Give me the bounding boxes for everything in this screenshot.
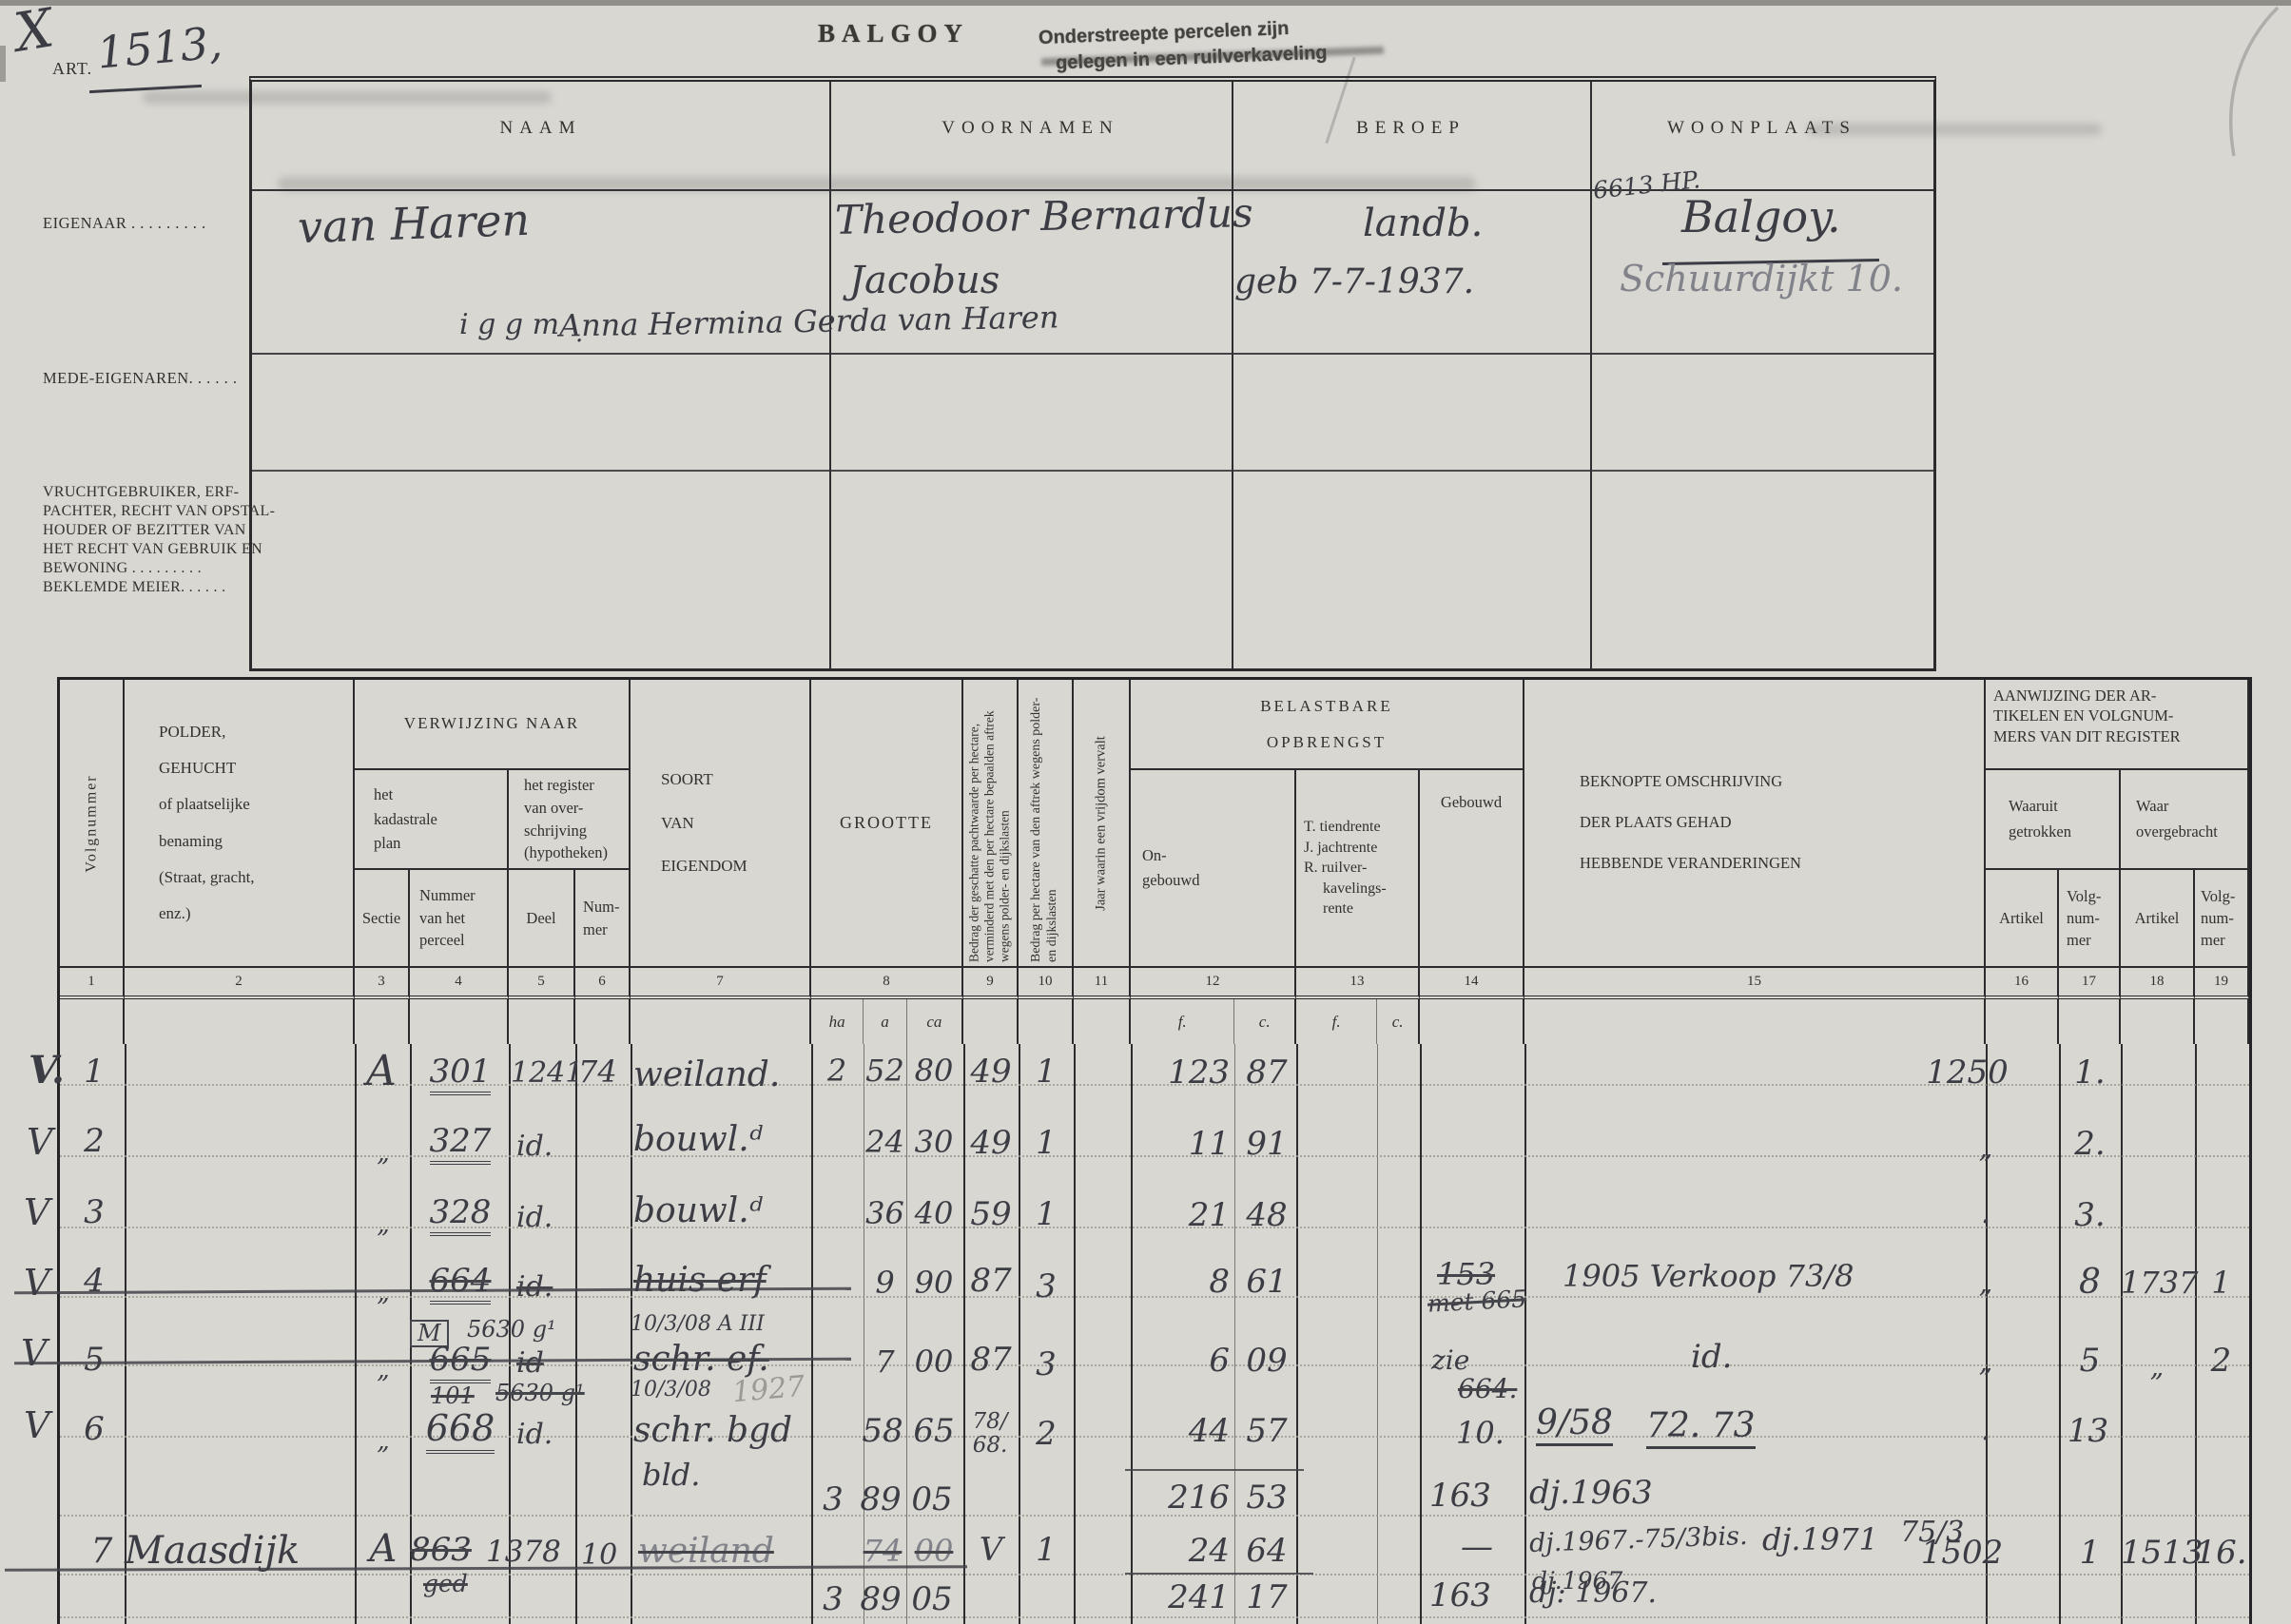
r1-volgnr-uit: 1. — [2059, 1056, 2121, 1091]
r7-ongebouwd-c: 64 — [1239, 1535, 1294, 1569]
header-artikel-uit: Artikel — [1986, 870, 2059, 968]
col-number: 19 — [2195, 968, 2249, 999]
margin-check-r6: V — [24, 1407, 49, 1445]
unit-cell — [1420, 999, 1524, 1044]
r4-deel: id. — [516, 1272, 553, 1303]
sum1-ongebouwd-c: 53 — [1239, 1481, 1294, 1516]
r7-nummer: 10 — [581, 1540, 617, 1571]
owner-column-line — [1590, 82, 1592, 668]
r3-sectie: „ — [357, 1212, 410, 1238]
header-gebouwd: Gebouwd — [1420, 770, 1524, 968]
unit-cell — [963, 999, 1019, 1044]
header-kadastrale-plan: het kadastrale plan — [355, 770, 509, 870]
header-belastbare: BELASTBARE OPBRENGST — [1131, 680, 1524, 770]
r5-artikel-naar: „ — [2133, 1353, 2181, 1381]
r7-volgnr-naar: 16. — [2195, 1537, 2247, 1571]
header-vrijdom: Jaar waarin een vrijdom vervalt — [1074, 680, 1131, 968]
r6-omschrijving-2: 72. 73 — [1646, 1408, 1756, 1444]
col-number: 15 — [1524, 968, 1986, 999]
r6-ongebouwd-c: 57 — [1239, 1415, 1294, 1449]
r5-ongebouwd-f: 6 — [1131, 1344, 1230, 1379]
r7-perceel-ged: ged — [423, 1572, 468, 1596]
header-waar: Waar overgebracht — [2121, 770, 2249, 870]
col-number: 17 — [2059, 968, 2121, 999]
sum1-omschrijving: dj.1963 — [1529, 1477, 1653, 1511]
r6-pachtwaarde: 78/ 68. — [963, 1410, 1017, 1459]
r2-grootte-a: 24 — [864, 1127, 906, 1159]
unit-cell — [410, 999, 509, 1044]
r7-pachtwaarde: V — [965, 1534, 1017, 1568]
r4-artikel-uit: „ — [1962, 1269, 2009, 1297]
r3-perceel: 328 — [414, 1196, 507, 1230]
margin-check-r2: V — [27, 1124, 52, 1162]
r6-artikel-uit: . — [1962, 1413, 2009, 1447]
unit-a: a — [864, 999, 906, 1044]
header-vrijdom-text: Jaar waarin een vrijdom vervalt — [1091, 736, 1111, 911]
col-number: 7 — [631, 968, 811, 999]
r2-volgnr-uit: 2. — [2059, 1128, 2121, 1162]
r5-omschrijving: id. — [1691, 1341, 1732, 1375]
margin-check-r3: V — [24, 1194, 49, 1232]
r6-soort-2: bld. — [642, 1460, 700, 1492]
r7-gebouwd-dash: — — [1448, 1531, 1505, 1565]
r5-ongebouwd-c: 09 — [1239, 1344, 1294, 1379]
sum1-grootte-a: 89 — [857, 1483, 904, 1518]
header-ongebouwd: On- gebouwd — [1131, 770, 1296, 968]
owner-column-line — [1232, 82, 1233, 668]
column-rule — [1524, 1044, 1526, 1624]
col-number: 5 — [509, 968, 575, 999]
unit-c: c. — [1234, 999, 1294, 1044]
r4-soort: huis erf — [633, 1263, 767, 1299]
r7-deel: 1378 — [486, 1537, 561, 1568]
col-number: 9 — [963, 968, 1019, 999]
unit-cell — [575, 999, 631, 1044]
r7-grootte-ca: 00 — [906, 1536, 961, 1568]
header-polder: POLDER, GEHUCHT of plaatselijke benaming… — [125, 680, 355, 968]
sum2-grootte-a: 89 — [857, 1583, 904, 1617]
r4-note-datum: 10/3/08 A III — [631, 1313, 765, 1335]
r5-soort: schr. ef. — [633, 1342, 769, 1378]
r7-omschrijving-1: dj.1967.-75/3bis. — [1529, 1523, 1749, 1557]
r7-artikel-naar: 1513 — [2121, 1537, 2195, 1571]
sum-rule — [1125, 1573, 1313, 1575]
r3-aftrek: 1 — [1020, 1198, 1072, 1232]
header-nummer: Num- mer — [575, 870, 631, 968]
col-number: 18 — [2121, 968, 2195, 999]
r4-ongebouwd-c: 61 — [1239, 1266, 1294, 1300]
r6-sectie: „ — [357, 1429, 410, 1455]
owner-column-line — [829, 82, 831, 668]
r6-perceel: 668 — [414, 1410, 507, 1448]
margin-check-r1: V. — [29, 1051, 65, 1091]
r3-ongebouwd-c: 48 — [1239, 1199, 1294, 1233]
r1-ongebouwd-c: 87 — [1239, 1056, 1294, 1091]
margin-check-r4: V — [24, 1265, 49, 1303]
sum2-grootte-ca: 05 — [904, 1583, 960, 1617]
r6-volgnummer: 6 — [69, 1413, 119, 1447]
r1-volgnummer: 1 — [69, 1055, 119, 1090]
header-volgnummer: Volgnummer — [60, 680, 125, 968]
unit-cell — [509, 999, 575, 1044]
r4-volgnr-naar: 1 — [2195, 1267, 2247, 1300]
r6-aftrek: 2 — [1020, 1418, 1072, 1452]
r5-grootte-ca: 00 — [906, 1346, 961, 1379]
r7-volgnr-uit: 1 — [2059, 1537, 2121, 1571]
col-number: 11 — [1074, 968, 1131, 999]
unit-row-ongebouwd: f. c. — [1131, 999, 1296, 1044]
r7-volgnummer: 7 — [77, 1534, 126, 1570]
unit-ca: ca — [907, 999, 961, 1044]
r7-sectie: A — [357, 1529, 410, 1569]
r1-perceel: 301 — [414, 1055, 507, 1090]
r1-soort: weiland. — [633, 1057, 780, 1093]
r4-volgnr-uit: 8 — [2059, 1265, 2121, 1301]
unit-cell — [125, 999, 355, 1044]
r5-aftrek: 3 — [1020, 1348, 1072, 1382]
owner-geboren: geb 7-7-1937. — [1234, 264, 1474, 300]
sum2-gebouwd: 163 — [1429, 1579, 1491, 1614]
header-aftrek: Bedrag per hectare van den aftrek wegens… — [1019, 680, 1074, 968]
header-grootte: GROOTTE — [811, 680, 963, 968]
register-table: Volgnummer POLDER, GEHUCHT of plaatselij… — [57, 677, 2252, 1624]
header-volgnr-uit: Volg- num- mer — [2059, 870, 2121, 968]
r5-note-5630: 5630 g¹ — [495, 1382, 585, 1405]
sub-rule — [1377, 1044, 1378, 1624]
r4-ongebouwd-f: 8 — [1131, 1266, 1230, 1300]
unit-cell — [60, 999, 125, 1044]
r5-note-datum: 10/3/08 — [631, 1379, 711, 1401]
r5-pachtwaarde: 87 — [965, 1344, 1017, 1378]
r4-artikel-naar: 1737 — [2121, 1267, 2195, 1300]
unit-cell — [1074, 999, 1131, 1044]
sum2-omschrijving: dj: 1967. — [1529, 1578, 1657, 1609]
r2-ongebouwd-f: 11 — [1131, 1128, 1230, 1162]
owner-header-woonplaats: WOONPLAATS — [1590, 118, 1933, 139]
r4-grootte-a: 9 — [864, 1267, 906, 1300]
column-rule — [1074, 1044, 1076, 1624]
col-number: 6 — [575, 968, 631, 999]
r4-note-5630: 5630 g¹ — [467, 1318, 556, 1342]
r6-deel: id. — [516, 1420, 553, 1450]
r5-grootte-a: 7 — [864, 1346, 906, 1379]
owner-table: NAAM VOORNAMEN BEROEP WOONPLAATS van Har… — [249, 76, 1936, 671]
ledger-line — [60, 1616, 2249, 1618]
col-number: 14 — [1420, 968, 1524, 999]
r7-soort: weiland — [638, 1534, 774, 1570]
sum1-grootte-ca: 05 — [904, 1483, 960, 1518]
r7-perceel: 863 — [410, 1534, 472, 1568]
owner-adres: Schuurdijkt 10. — [1620, 261, 1903, 299]
column-rule — [811, 1044, 813, 1624]
r6-volgnr-uit: 13 — [2052, 1415, 2124, 1449]
r6-grootte-ca: 65 — [906, 1415, 961, 1449]
r3-pachtwaarde: 59 — [965, 1198, 1017, 1232]
r1-deel: 1241 — [511, 1058, 583, 1089]
r2-sectie: „ — [357, 1141, 410, 1167]
r4-pachtwaarde: 87 — [965, 1265, 1017, 1299]
r2-pachtwaarde: 49 — [965, 1127, 1017, 1161]
owner-beroep: landb. — [1363, 203, 1483, 243]
unit-cell — [2121, 999, 2195, 1044]
r4-sectie: „ — [357, 1281, 410, 1306]
unit-cell — [1019, 999, 1074, 1044]
header-waaruit: Waaruit getrokken — [1986, 770, 2121, 870]
col-number: 4 — [410, 968, 509, 999]
margin-check-r5: V — [21, 1335, 47, 1373]
sum-rule — [1125, 1469, 1304, 1471]
sub-rule — [1234, 1044, 1235, 1624]
r7-polder: Maasdijk — [125, 1531, 300, 1571]
r4-gebouwd-note: met 665 — [1427, 1286, 1526, 1317]
owner-naam: van Haren — [297, 197, 531, 251]
header-verwijzing: VERWIJZING NAAR — [355, 680, 631, 770]
r1-grootte-a: 52 — [864, 1055, 906, 1088]
pencil-note-1927: 1927 — [731, 1372, 806, 1408]
r3-volgnr-uit: 3. — [2059, 1199, 2121, 1233]
r1-ongebouwd-f: 123 — [1131, 1056, 1230, 1091]
header-pachtwaarde: Bedrag der geschatte pachtwaarde per hec… — [963, 680, 1019, 968]
r1-aftrek: 1 — [1020, 1055, 1072, 1090]
r3-grootte-a: 36 — [864, 1198, 906, 1230]
r2-artikel-uit: „ — [1962, 1134, 2009, 1162]
label-vruchtgebruiker: VRUCHTGEBRUIKER, ERF- PACHTER, RECHT VAN… — [43, 483, 275, 597]
r6-soort: schr. bgd — [633, 1413, 792, 1449]
r6-gebouwd: 10. — [1456, 1418, 1505, 1450]
header-artikel-naar: Artikel — [2121, 870, 2195, 968]
header-rente: T. tiendrente J. jachtrente R. ruilver- … — [1296, 770, 1420, 968]
r3-artikel-uit: . — [1962, 1196, 2009, 1230]
register-header: Volgnummer POLDER, GEHUCHT of plaatselij… — [60, 680, 2249, 1044]
column-rule — [1296, 1044, 1298, 1624]
label-mede-eigenaren: MEDE-EIGENAREN. . . . . . — [43, 369, 238, 388]
r6-omschrijving-1: 9/58 — [1536, 1405, 1613, 1441]
r2-perceel: 327 — [414, 1125, 507, 1159]
unit-row-grootte: ha a ca — [811, 999, 963, 1044]
pen-flourish-top-right — [2164, 2, 2287, 164]
unit-c: c. — [1377, 999, 1418, 1044]
r6-ongebouwd-f: 44 — [1131, 1415, 1230, 1449]
unit-f: f. — [1131, 999, 1234, 1044]
header-nummer-perceel: Nummer van het perceel — [410, 870, 509, 968]
r5-volgnummer: 5 — [69, 1344, 119, 1378]
header-deel: Deel — [509, 870, 575, 968]
owner-woonplaats: Balgoy. — [1681, 194, 1841, 240]
unit-cell — [2195, 999, 2249, 1044]
sum2-ongebouwd-c: 17 — [1239, 1581, 1294, 1615]
r7-ongebouwd-f: 24 — [1131, 1535, 1230, 1569]
r2-aftrek: 1 — [1020, 1127, 1072, 1161]
sum1-grootte-ha: 3 — [809, 1483, 857, 1518]
owner-iggm-prefix: i g g m — [459, 310, 559, 340]
r5-note-101: 101 — [431, 1384, 475, 1408]
header-sectie: Sectie — [355, 870, 410, 968]
r5-artikel-uit: „ — [1962, 1348, 2009, 1376]
r5-gebouwd-664: 664. — [1458, 1375, 1517, 1402]
header-aftrek-text: Bedrag per hectare van den aftrek wegens… — [1029, 685, 1061, 962]
owner-voornamen-2: Jacobus — [849, 261, 1000, 300]
owner-header-beroep: BEROEP — [1232, 118, 1590, 139]
r1-artikel-uit: 1250 — [1922, 1056, 2012, 1091]
unit-cell — [1524, 999, 1986, 1044]
r5-volgnr-naar: 2 — [2195, 1344, 2247, 1379]
r5-volgnr-uit: 5 — [2059, 1344, 2121, 1379]
label-eigenaar: EIGENAAR . . . . . . . . . — [43, 214, 206, 233]
r3-deel: id. — [516, 1203, 553, 1233]
column-rule — [1420, 1044, 1422, 1624]
r3-ongebouwd-f: 21 — [1131, 1199, 1230, 1233]
unit-cell — [2059, 999, 2121, 1044]
r5-perceel: 665 — [414, 1344, 507, 1378]
sum2-ongebouwd-f: 241 — [1131, 1581, 1230, 1615]
column-rule — [575, 1044, 577, 1624]
r2-volgnummer: 2 — [69, 1125, 119, 1159]
col-number: 10 — [1019, 968, 1074, 999]
header-hypotheken: het register van over- schrijving (hypot… — [509, 770, 631, 870]
col-number: 8 — [811, 968, 963, 999]
r2-grootte-ca: 30 — [906, 1127, 961, 1159]
r4-aftrek: 3 — [1020, 1270, 1072, 1305]
r4-omschrijving: 1905 Verkoop 73/8 — [1563, 1261, 1854, 1293]
r7-omschrijving-2: dj.1971 — [1762, 1524, 1878, 1556]
owner-header-voornamen: VOORNAMEN — [829, 118, 1232, 139]
scan-edge-left — [0, 46, 6, 82]
r7-grootte-a: 74 — [859, 1536, 906, 1568]
r4-volgnummer: 4 — [69, 1265, 119, 1299]
r1-sectie: A — [355, 1050, 408, 1093]
r5-sectie: „ — [357, 1358, 410, 1383]
register-data-area: 1 A 301 1241 74 weiland. 2 52 80 49 1 12… — [60, 1044, 2249, 1624]
sum1-gebouwd: 163 — [1429, 1479, 1491, 1514]
scan-edge-top — [0, 0, 2291, 6]
header-pachtwaarde-text: Bedrag der geschatte pachtwaarde per hec… — [967, 685, 1014, 962]
sum2-grootte-ha: 3 — [809, 1583, 857, 1617]
scanned-register-page: { "page": { "corner_mark": "X", "art_lab… — [0, 0, 2291, 1624]
r1-grootte-ca: 80 — [906, 1055, 961, 1088]
owner-header-naam: NAAM — [252, 118, 829, 139]
r2-ongebouwd-c: 91 — [1239, 1128, 1294, 1162]
owner-row-rule — [252, 470, 1933, 472]
header-volgnummer-text: Volgnummer — [80, 774, 102, 872]
r3-grootte-ca: 40 — [906, 1198, 961, 1230]
r5-gebouwd-zie: zie — [1431, 1346, 1469, 1374]
header-beknopte: BEKNOPTE OMSCHRIJVING DER PLAATS GEHAD H… — [1524, 680, 1986, 968]
stray-dot: . — [575, 321, 583, 347]
header-soort: SOORT VAN EIGENDOM — [631, 680, 811, 968]
col-number: 3 — [355, 968, 410, 999]
r4-perceel: 664 — [414, 1265, 507, 1299]
col-number: 16 — [1986, 968, 2059, 999]
page-title: BALGOY — [818, 19, 969, 48]
art-number: 1513, — [95, 19, 223, 76]
r2-deel: id. — [516, 1131, 553, 1162]
unit-cell — [1986, 999, 2059, 1044]
col-number: 1 — [60, 968, 125, 999]
owner-voornamen-1: Theodoor Bernardus — [835, 192, 1253, 242]
col-number: 13 — [1296, 968, 1420, 999]
col-number: 2 — [125, 968, 355, 999]
owner-row-rule — [252, 353, 1933, 355]
r4-grootte-ca: 90 — [906, 1267, 961, 1300]
corner-x-mark: X — [11, 1, 58, 62]
r3-volgnummer: 3 — [69, 1196, 119, 1230]
r1-grootte-ha: 2 — [813, 1055, 861, 1088]
r7-aftrek: 1 — [1020, 1534, 1072, 1568]
unit-cell — [631, 999, 811, 1044]
unit-f: f. — [1296, 999, 1377, 1044]
r1-pachtwaarde: 49 — [965, 1055, 1017, 1090]
art-label: ART. — [52, 59, 92, 79]
r3-soort: bouwl.ᵈ — [633, 1193, 763, 1229]
unit-ha: ha — [811, 999, 864, 1044]
header-volgnr-naar: Volg- num- mer — [2195, 870, 2249, 968]
unit-cell — [355, 999, 410, 1044]
header-aanwijzing: AANWIJZING DER AR- TIKELEN EN VOLGNUM- M… — [1986, 680, 2249, 770]
r6-grootte-a: 58 — [859, 1415, 906, 1449]
unit-row-rente: f. c. — [1296, 999, 1420, 1044]
r7-artikel-uit: 1502 — [1919, 1537, 2005, 1571]
sum1-ongebouwd-f: 216 — [1131, 1481, 1230, 1516]
col-number: 12 — [1131, 968, 1296, 999]
r5-deel: id — [516, 1348, 544, 1379]
owner-iggm-names: Anna Hermina Gerda van Haren — [559, 301, 1059, 342]
r2-soort: bouwl.ᵈ — [633, 1122, 763, 1158]
r1-nummer: 74 — [578, 1056, 617, 1089]
